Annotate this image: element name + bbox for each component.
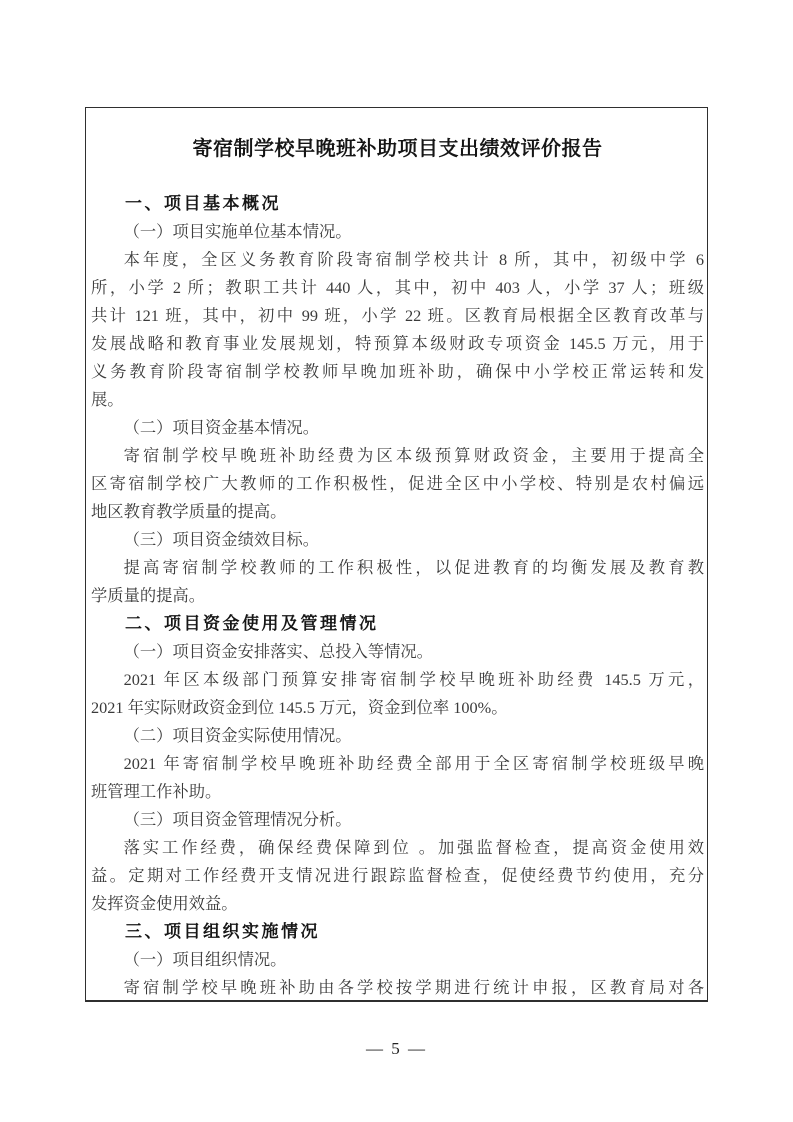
- document-body: 一、项目基本概况（一）项目实施单位基本情况。本年度，全区义务教育阶段寄宿制学校共…: [91, 190, 704, 1002]
- section-heading: 二、项目资金使用及管理情况: [91, 610, 704, 638]
- sub-heading: （三）项目资金绩效目标。: [91, 526, 704, 554]
- paragraph-line: 本年度，全区义务教育阶段寄宿制学校共计 8 所，其中，初级中学 6: [91, 246, 704, 274]
- paragraph-line: 班管理工作补助。: [91, 778, 704, 806]
- sub-heading: （二）项目资金实际使用情况。: [91, 722, 704, 750]
- section-heading: 一、项目基本概况: [91, 190, 704, 218]
- paragraph-line: 义务教育阶段寄宿制学校教师早晚加班补助，确保中小学校正常运转和发: [91, 358, 704, 386]
- paragraph-line: 发挥资金使用效益。: [91, 890, 704, 918]
- paragraph-line: 2021 年实际财政资金到位 145.5 万元，资金到位率 100%。: [91, 694, 704, 722]
- section-heading: 三、项目组织实施情况: [91, 918, 704, 946]
- paragraph-line: 地区教育教学质量的提高。: [91, 498, 704, 526]
- sub-heading: （一）项目资金安排落实、总投入等情况。: [91, 638, 704, 666]
- paragraph-line: 区寄宿制学校广大教师的工作积极性，促进全区中小学校、特别是农村偏远: [91, 470, 704, 498]
- paragraph-line: 学质量的提高。: [91, 582, 704, 610]
- paragraph-line: 展。: [91, 386, 704, 414]
- paragraph-line: 寄宿制学校早晚班补助由各学校按学期进行统计申报，区教育局对各: [91, 974, 704, 1002]
- page-number: — 5 —: [0, 1038, 793, 1060]
- paragraph-line: 2021 年寄宿制学校早晚班补助经费全部用于全区寄宿制学校班级早晚: [91, 750, 704, 778]
- paragraph-line: 2021 年区本级部门预算安排寄宿制学校早晚班补助经费 145.5 万元，: [91, 666, 704, 694]
- paragraph-line: 寄宿制学校早晚班补助经费为区本级预算财政资金，主要用于提高全: [91, 442, 704, 470]
- sub-heading: （一）项目实施单位基本情况。: [91, 218, 704, 246]
- paragraph-line: 提高寄宿制学校教师的工作积极性，以促进教育的均衡发展及教育教: [91, 554, 704, 582]
- document-border-box: 寄宿制学校早晚班补助项目支出绩效评价报告 一、项目基本概况（一）项目实施单位基本…: [85, 107, 708, 1002]
- document-title: 寄宿制学校早晚班补助项目支出绩效评价报告: [91, 132, 704, 166]
- paragraph-line: 落实工作经费，确保经费保障到位 。加强监督检查，提高资金使用效: [91, 834, 704, 862]
- sub-heading: （二）项目资金基本情况。: [91, 414, 704, 442]
- paragraph-line: 所，小学 2 所；教职工共计 440 人，其中，初中 403 人，小学 37 人…: [91, 274, 704, 302]
- document-page: 寄宿制学校早晚班补助项目支出绩效评价报告 一、项目基本概况（一）项目实施单位基本…: [0, 0, 793, 1122]
- paragraph-line: 发展战略和教育事业发展规划，特预算本级财政专项资金 145.5 万元，用于: [91, 330, 704, 358]
- paragraph-line: 益。定期对工作经费开支情况进行跟踪监督检查，促使经费节约使用，充分: [91, 862, 704, 890]
- sub-heading: （三）项目资金管理情况分析。: [91, 806, 704, 834]
- sub-heading: （一）项目组织情况。: [91, 946, 704, 974]
- paragraph-line: 共计 121 班，其中，初中 99 班，小学 22 班。区教育局根据全区教育改革…: [91, 302, 704, 330]
